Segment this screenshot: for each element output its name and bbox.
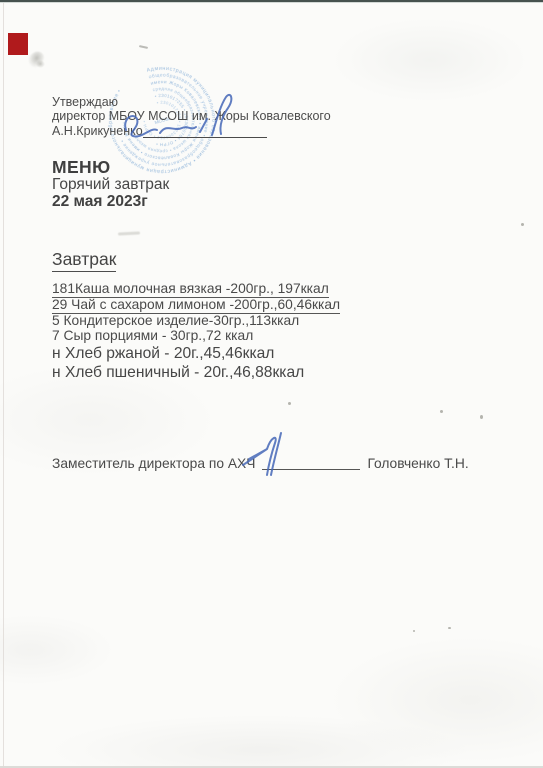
- paper-speck: [480, 415, 483, 419]
- deputy-signature: [239, 427, 311, 481]
- paper-speck: [413, 630, 415, 632]
- director-signature: [112, 86, 254, 146]
- menu-item: 181Каша молочная вязкая -200гр., 197ккал: [52, 282, 340, 298]
- scanned-page: Администрация муниципального образования…: [0, 0, 543, 768]
- menu-date: 22 мая 2023г: [52, 193, 148, 211]
- red-square-marker: [8, 33, 28, 55]
- pencil-dash-top: [139, 45, 148, 49]
- paper-speck: [288, 402, 291, 405]
- menu-item: н Хлеб ржаной - 20г.,45,46ккал: [52, 345, 340, 364]
- faint-smudge-middle: [118, 231, 140, 235]
- menu-item: 29 Чай с сахаром лимоном -200гр.,60,46кк…: [52, 298, 340, 314]
- menu-title: МЕНЮ: [52, 157, 111, 178]
- menu-subtitle: Горячий завтрак: [52, 176, 169, 194]
- paper-speck: [521, 223, 524, 226]
- menu-item: н Хлеб пшеничный - 20г.,46,88ккал: [52, 364, 340, 383]
- deputy-role-label: Заместитель директора по АХЧ: [52, 456, 255, 471]
- menu-items-list: 181Каша молочная вязкая -200гр., 197ккал…: [52, 282, 340, 382]
- menu-item: 7 Сыр порциями - 30гр.,72 ккал: [52, 329, 340, 345]
- paper-smudge-small: [36, 60, 45, 68]
- paper-speck: [448, 627, 451, 629]
- scan-edge-left: [3, 3, 4, 768]
- paper-speck: [440, 410, 443, 413]
- menu-item: 5 Кондитерское изделие-30гр.,113ккал: [52, 314, 340, 330]
- scan-edge-top-shadow: [0, 2, 543, 3]
- deputy-name: Головченко Т.Н.: [367, 456, 468, 471]
- section-heading: Завтрак: [52, 249, 116, 270]
